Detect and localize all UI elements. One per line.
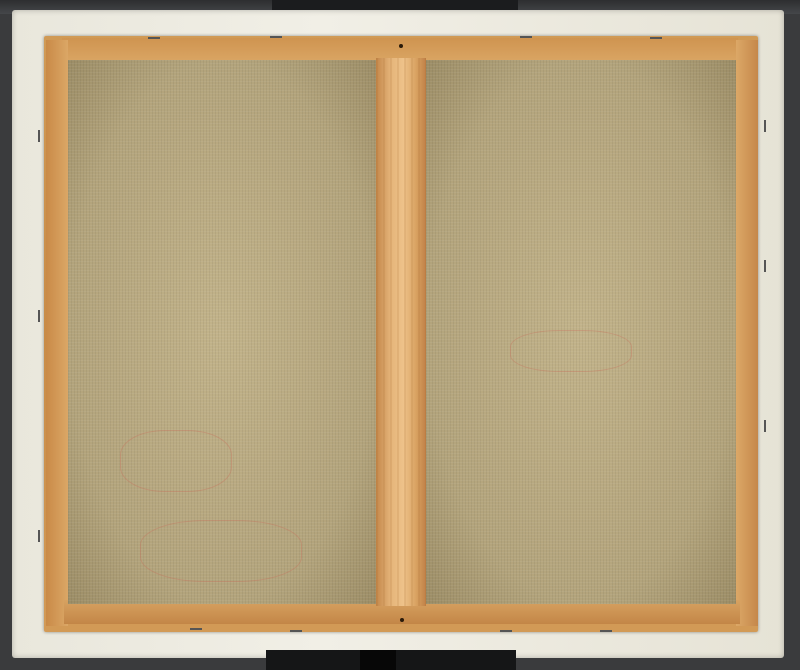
- staple: [520, 36, 532, 38]
- staple: [764, 120, 766, 132]
- sketch-mark: [140, 520, 302, 582]
- staple: [500, 630, 512, 632]
- staple: [290, 630, 302, 632]
- staple: [650, 37, 662, 39]
- staple: [148, 37, 160, 39]
- sketch-mark: [120, 430, 232, 492]
- easel-post: [360, 650, 396, 670]
- nail-hole: [399, 44, 403, 48]
- staple: [38, 130, 40, 142]
- stretcher-left-rail: [46, 40, 68, 626]
- nail-hole: [400, 618, 404, 622]
- staple: [764, 260, 766, 272]
- sketch-mark: [510, 330, 632, 372]
- staple: [38, 530, 40, 542]
- stretcher-right-rail: [736, 40, 758, 626]
- staple: [38, 310, 40, 322]
- staple: [764, 420, 766, 432]
- staple: [270, 36, 282, 38]
- staple: [600, 630, 612, 632]
- crossbar-grain: [376, 58, 426, 606]
- stretcher-top-rail: [62, 38, 738, 60]
- staple: [190, 628, 202, 630]
